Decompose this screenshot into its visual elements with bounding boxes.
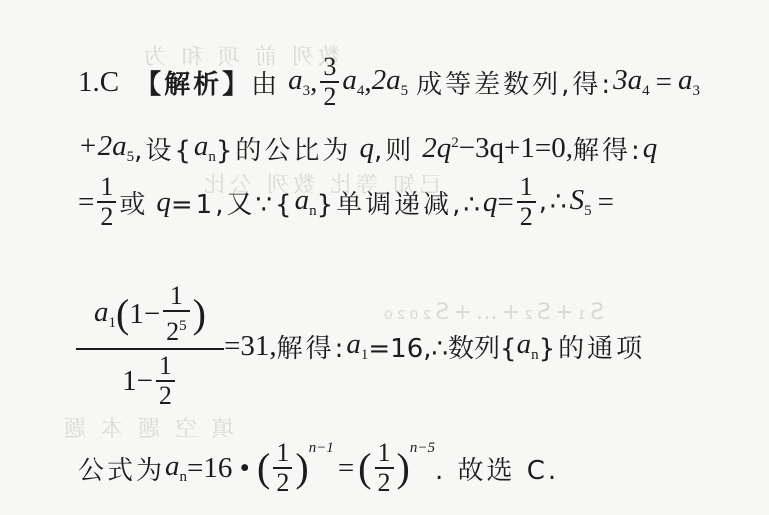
fraction-bar <box>76 348 224 350</box>
question-number: 1. <box>78 66 100 99</box>
solution-line-3: = 12 或 q =1,又∵{ an }单调递减,∴ q = 12 ,∴ S5 … <box>78 172 614 232</box>
sum-numerator: a1 ( 1− 1 25 ) <box>94 282 206 346</box>
solution-line-2: +2a5 ,设{ an }的公比为 q ,则 2q2 −3q+1=0, 解得: … <box>78 118 657 178</box>
solution-line-5: 公式为 an =16 • ( 12 ) n−1 = ( 12 ) n−5 . 故… <box>78 438 559 498</box>
answer-choice: C <box>100 66 119 99</box>
fraction-one-half: 12 <box>97 173 116 231</box>
sum-formula-fraction: a1 ( 1− 1 25 ) 1− 12 =31, 解得: a1 =16,∴数列 <box>76 282 645 410</box>
sum-denominator: 1− 12 <box>122 352 178 410</box>
fraction-one-half: 12 <box>517 173 536 231</box>
analysis-label: 【解析】 <box>135 64 251 101</box>
solution-line-1: 1. C 【解析】 由 a3 , 32 a4 , 2a5 成等差数列,得: 3a… <box>78 52 700 112</box>
fraction-three-halves: 32 <box>320 53 339 111</box>
